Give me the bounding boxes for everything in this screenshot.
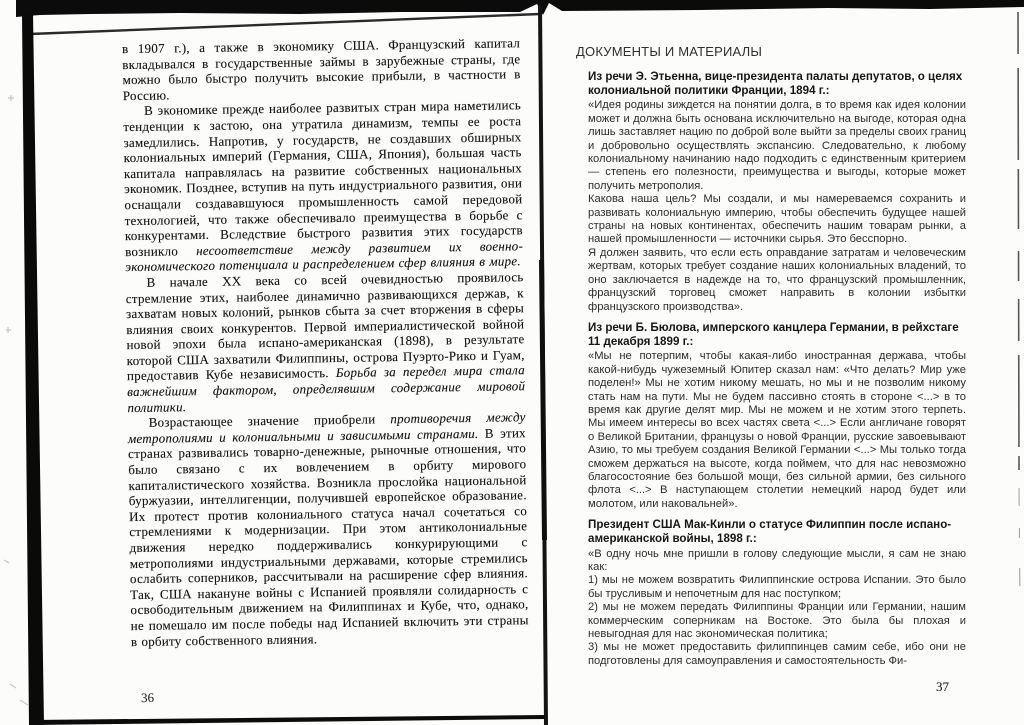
document-section-heading: Президент США Мак-Кинли о статусе Филипп… [588, 518, 966, 546]
document-section-heading: Из речи Б. Бюлова, имперского канцлера Г… [588, 321, 966, 349]
document-section-paragraph: «Идея родины зиждется на понятии долга, … [588, 99, 966, 193]
document-section: Из речи Э. Этьенна, вице-президента пала… [588, 70, 966, 314]
document-section-paragraph: 1) мы не можем возвратить Филиппинские о… [588, 574, 966, 601]
document-section: Из речи Б. Бюлова, имперского канцлера Г… [588, 321, 966, 511]
right-page-sections: Из речи Э. Этьенна, вице-президента пала… [588, 70, 966, 675]
document-section-paragraph: «В одну ночь мне пришли в голову следующ… [588, 548, 966, 575]
book-scan-spread: в 1907 г.), а также в экономику США. Фра… [0, 0, 1024, 725]
text-run: В этих странах развивались товарно-денеж… [128, 425, 529, 649]
document-section-heading: Из речи Э. Этьенна, вице-президента пала… [588, 70, 966, 98]
right-page-edge [1018, 12, 1019, 470]
text-run: в 1907 г.), а также в экономику США. Фра… [122, 35, 521, 103]
body-paragraph: Возрастающее значение приобрели противор… [128, 409, 529, 649]
document-section-paragraph: 2) мы не можем передать Филиппины Франци… [588, 601, 966, 641]
gutter-shadow-bulge [539, 260, 547, 540]
body-paragraph: В экономике прежде наиболее развитых стр… [123, 98, 524, 275]
left-page-bottom-edge [31, 715, 545, 725]
body-paragraph: в 1907 г.), а также в экономику США. Фра… [122, 35, 521, 103]
right-page-number: 37 [936, 679, 949, 695]
body-paragraph: В начале XX века со всей очевидностью пр… [125, 269, 525, 415]
left-edge-strip [22, 13, 44, 725]
document-section: Президент США Мак-Кинли о статусе Филипп… [588, 518, 966, 668]
document-section-paragraph: Какова наша цель? Мы создали, и мы намер… [588, 193, 966, 247]
document-section-paragraph: «Мы не потерпим, чтобы какая-либо иностр… [588, 350, 966, 511]
documents-and-materials-header: ДОКУМЕНТЫ И МАТЕРИАЛЫ [576, 44, 976, 59]
left-page-top-edge [30, 14, 540, 34]
document-section-paragraph: 3) мы не может предоставить филиппинцев … [588, 641, 966, 668]
text-run: В экономике прежде наиболее развитых стр… [123, 98, 523, 259]
left-page-number: 36 [141, 690, 154, 706]
right-page-edge-lower [1019, 488, 1020, 600]
document-section-paragraph: Я должен заявить, что если есть оправдан… [588, 247, 966, 314]
left-page-text: в 1907 г.), а также в экономику США. Фра… [122, 35, 529, 649]
